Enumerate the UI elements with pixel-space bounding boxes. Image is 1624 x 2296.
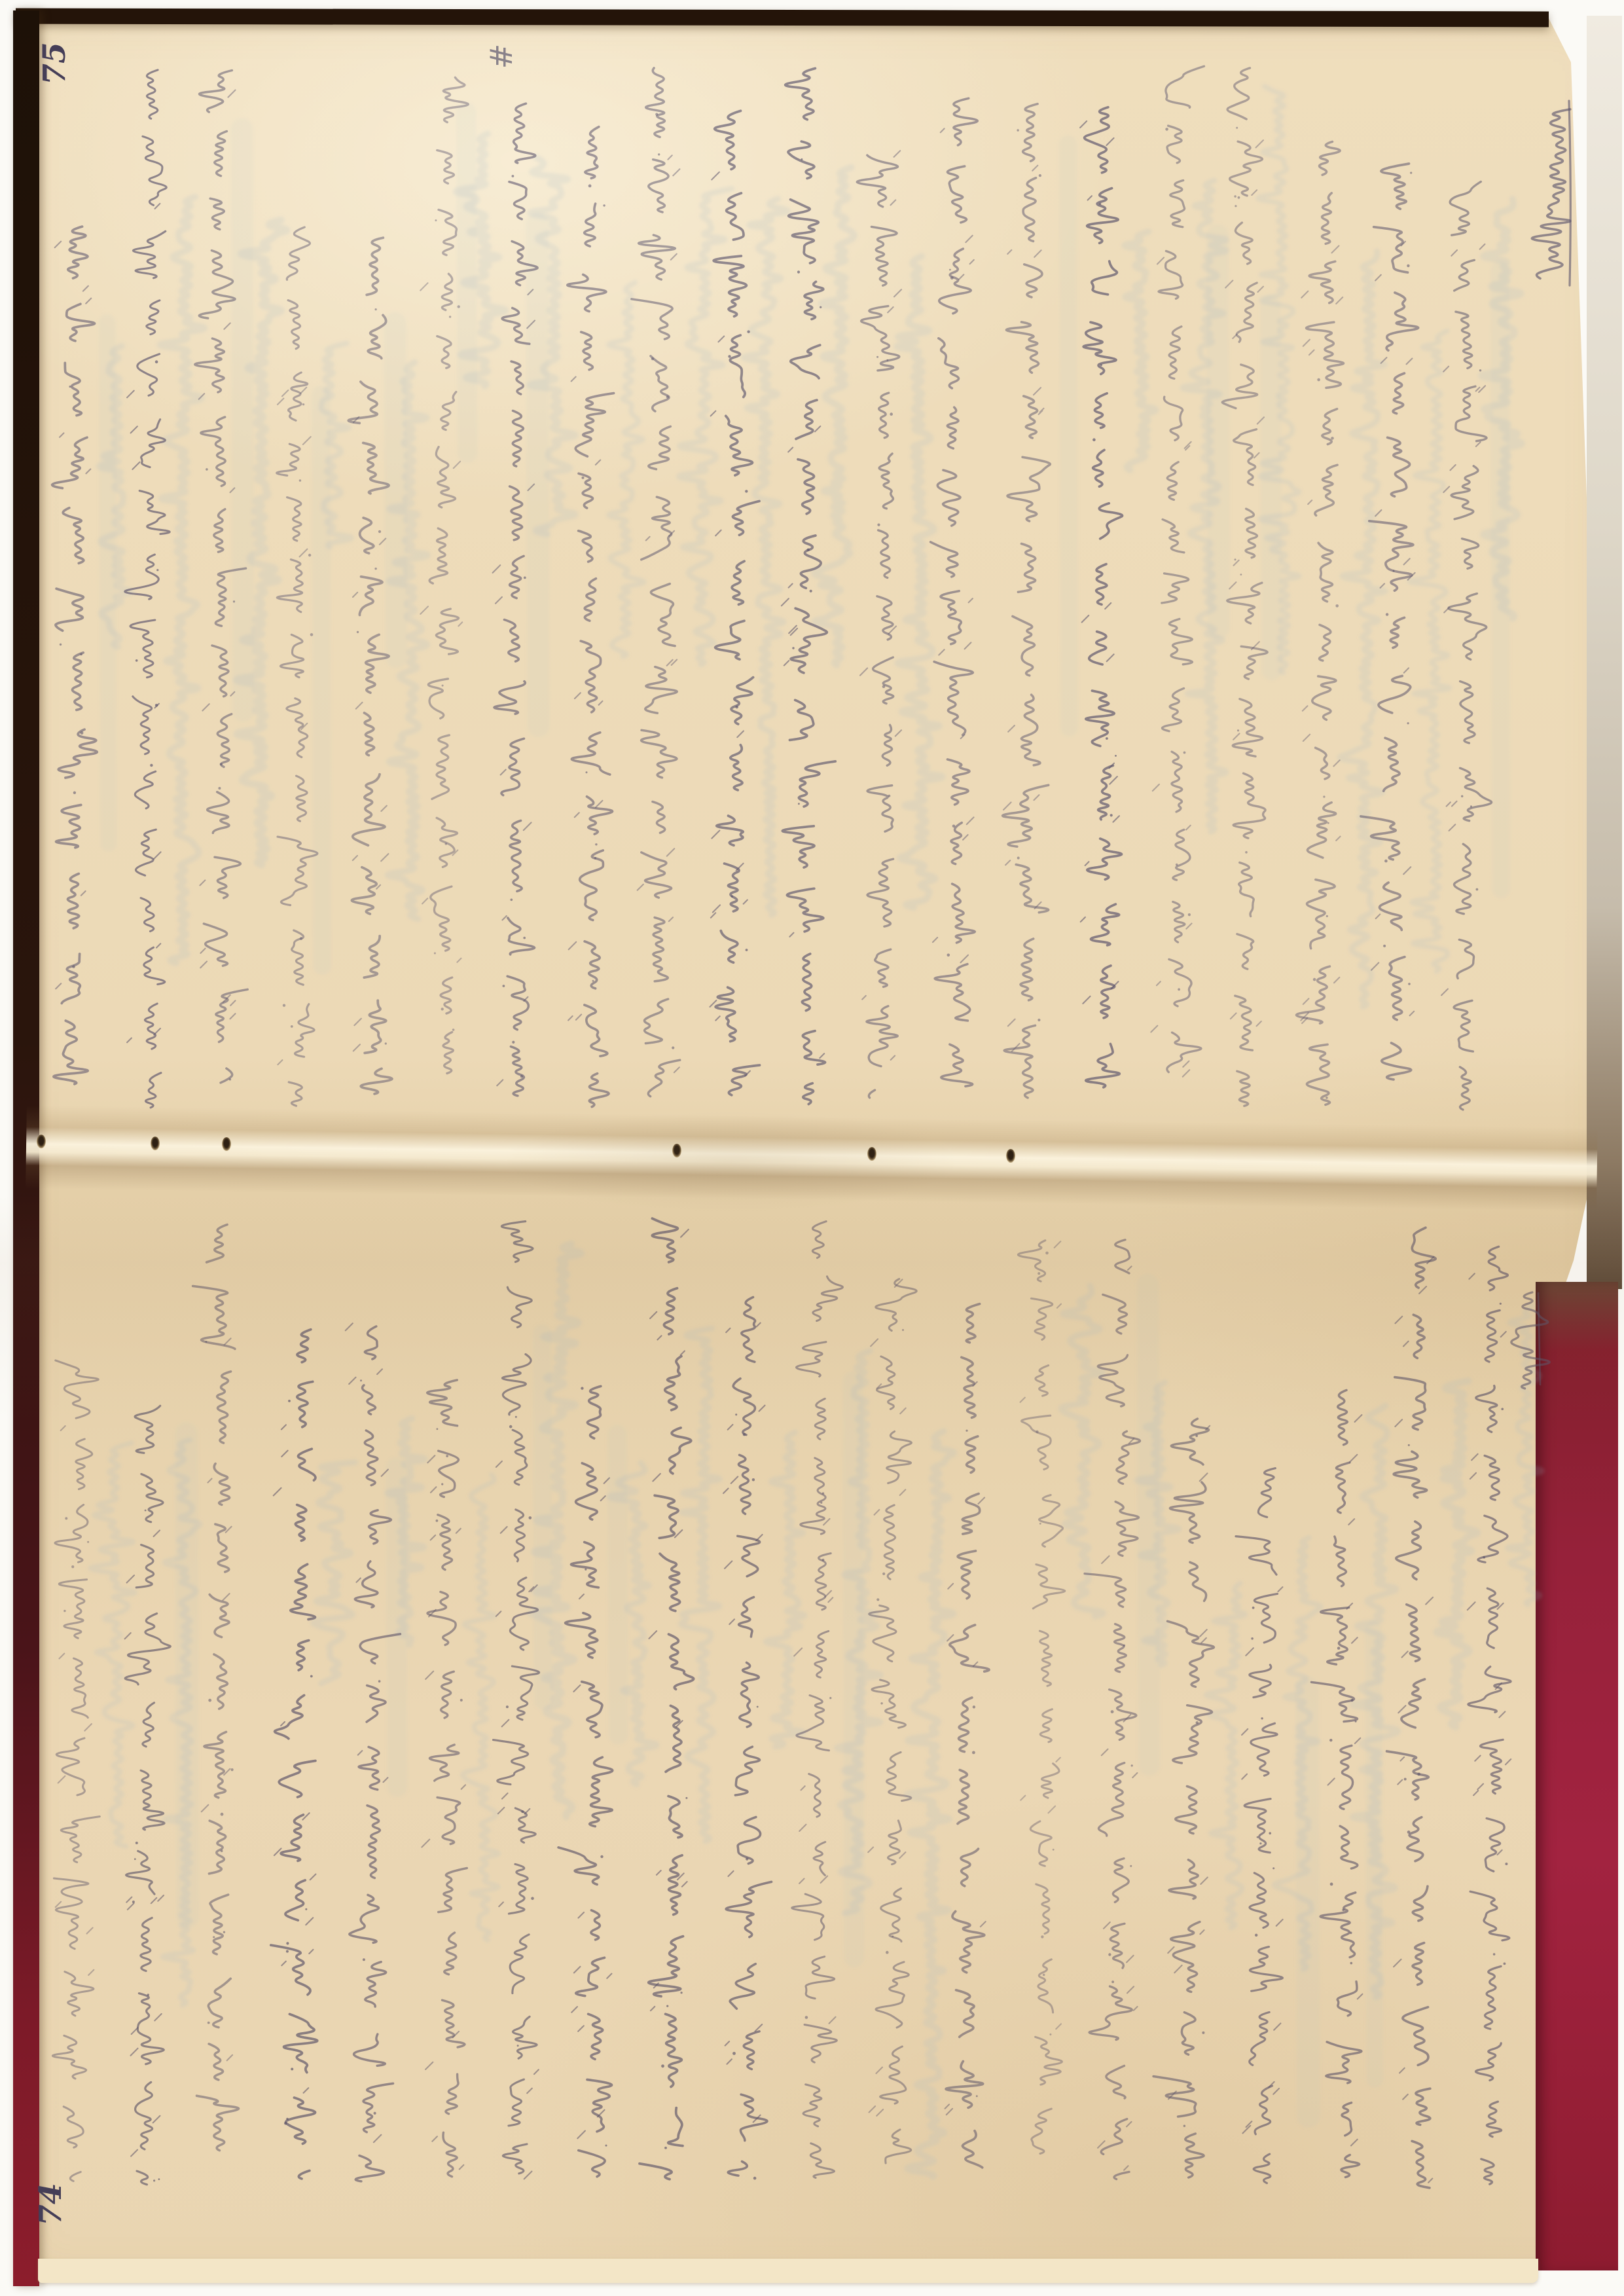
ink-dot	[1329, 1739, 1332, 1741]
ink-dot	[605, 2145, 607, 2147]
ink-dot	[445, 843, 448, 845]
ink-tick-marks	[278, 388, 311, 1065]
ink-dot	[1234, 195, 1236, 197]
ink-dot	[72, 965, 75, 968]
ink-dot	[1111, 1710, 1114, 1713]
ink-dot	[1236, 127, 1238, 129]
ink-dot	[63, 1610, 65, 1612]
ink-dot	[1410, 172, 1412, 173]
handwriting-line	[632, 68, 680, 1097]
ink-dot	[1500, 1303, 1502, 1305]
ink-tick-marks	[1394, 1257, 1434, 2183]
ink-dot	[753, 2177, 757, 2180]
ink-dot	[1178, 988, 1180, 991]
ink-dot	[531, 1897, 534, 1900]
ink-dot	[208, 1699, 211, 1702]
ink-dot	[807, 549, 810, 551]
ink-dot	[1326, 915, 1328, 917]
ink-tick-marks	[422, 1455, 465, 2169]
handwriting-line	[1387, 1228, 1436, 2188]
ink-dot	[452, 1029, 455, 1031]
ink-dot	[1130, 1865, 1132, 1867]
ink-dot	[1092, 438, 1096, 441]
ink-dot	[300, 937, 303, 940]
ink-dot	[1131, 1764, 1133, 1766]
ink-dot	[1335, 604, 1339, 608]
hash-annotation-text: #	[486, 44, 516, 69]
ink-dot	[221, 1850, 223, 1852]
handwriting-line	[1085, 1240, 1140, 2179]
handwriting-line	[1159, 66, 1204, 1072]
ink-dot	[284, 2122, 287, 2125]
ink-dot	[947, 954, 950, 957]
ink-tick-marks	[945, 1382, 986, 2115]
ink-dot	[81, 731, 84, 735]
ink-dot	[1407, 722, 1409, 724]
ink-dot	[1259, 1842, 1261, 1844]
ink-dot	[503, 985, 505, 987]
ink-dot	[1235, 558, 1236, 560]
ink-dot	[1100, 364, 1102, 366]
ink-tick-marks	[496, 1461, 539, 2179]
ink-dot	[1313, 978, 1316, 981]
ink-tick-marks	[1020, 1241, 1061, 2029]
ink-dot	[585, 1569, 586, 1571]
ink-dot	[360, 1379, 362, 1381]
ink-dot	[147, 1994, 149, 1995]
ink-dot	[509, 1425, 513, 1429]
handwriting-line	[869, 1279, 917, 2164]
ink-tick-marks	[346, 1323, 388, 2142]
ink-dot	[155, 360, 158, 363]
ink-dot	[512, 175, 514, 177]
ink-dot	[286, 1950, 289, 1953]
ink-dot	[728, 355, 731, 357]
ink-dot	[229, 1078, 231, 1080]
ink-dot	[1505, 1863, 1507, 1865]
ink-dot	[820, 306, 821, 308]
handwriting-line	[1449, 182, 1492, 1110]
ink-dot	[1245, 851, 1248, 854]
ink-dot	[902, 1329, 904, 1331]
ink-dot	[965, 1430, 967, 1432]
handwriting-line	[494, 1222, 539, 2174]
handwriting-line	[52, 227, 98, 1084]
handwriting-line	[558, 1386, 613, 2176]
ink-dot	[1323, 795, 1325, 797]
ink-dot	[1337, 1647, 1341, 1650]
page-number-top: 75	[31, 41, 77, 86]
handwriting-line	[195, 71, 247, 1083]
page-number-top-text: 75	[39, 42, 70, 84]
ink-dot	[581, 1387, 583, 1389]
handwriting-line	[568, 127, 614, 1107]
ink-dot	[805, 2016, 808, 2019]
ink-dot	[1384, 860, 1388, 863]
handwriting-line	[857, 155, 899, 1098]
ink-dot	[972, 1751, 975, 1755]
ink-dot	[449, 316, 451, 318]
handwriting-line	[193, 1225, 239, 2151]
ink-dot	[442, 685, 444, 687]
ink-tick-marks	[868, 1279, 906, 2116]
ink-dot	[511, 899, 513, 902]
ink-dot	[666, 395, 669, 398]
ink-dot	[892, 1935, 893, 1937]
ink-dot	[286, 2118, 289, 2121]
ink-tick-marks	[794, 1519, 835, 2024]
page-number-bottom: 74	[27, 2181, 73, 2227]
ink-dot	[887, 359, 889, 361]
ink-dot	[1038, 1019, 1040, 1021]
handwriting-line	[1468, 1247, 1511, 2184]
ink-dot	[308, 554, 311, 556]
ink-dot	[134, 1858, 136, 1860]
ink-dot	[1342, 1908, 1344, 1911]
handwriting-line	[427, 1380, 467, 2177]
ink-dot	[135, 1842, 138, 1844]
ink-dot	[890, 412, 893, 416]
ink-tick-marks	[649, 1230, 689, 2011]
ink-dot	[288, 1400, 291, 1402]
signature-underlined	[1532, 101, 1570, 285]
ink-dot	[213, 1936, 215, 1938]
ink-dot	[797, 270, 800, 273]
ink-dot	[286, 1942, 289, 1944]
ink-tick-marks	[1003, 166, 1043, 1051]
ink-dot	[1393, 570, 1395, 572]
handwriting-line	[1083, 107, 1122, 1087]
ink-dot	[1053, 1849, 1055, 1851]
ink-dot	[1407, 264, 1409, 267]
ink-dot	[155, 704, 158, 707]
ink-dot	[950, 609, 952, 611]
handwriting-line	[1312, 1390, 1362, 2177]
handwriting-line	[125, 1406, 170, 2185]
ink-dot	[1479, 369, 1481, 371]
handwriting-page-75	[52, 66, 1492, 1110]
ink-dot	[1110, 814, 1113, 816]
ink-dot	[1017, 857, 1020, 860]
ink-dot	[1252, 1607, 1255, 1609]
signature-flourish	[1532, 109, 1570, 278]
ink-dot	[1039, 1523, 1041, 1525]
ink-dot	[87, 1541, 89, 1543]
ink-dot	[299, 479, 301, 481]
ink-dot	[1408, 983, 1411, 985]
ink-dot	[1493, 1953, 1496, 1956]
ink-dot	[655, 113, 658, 116]
handwriting-line	[792, 1222, 843, 2178]
ink-dot	[208, 2022, 210, 2024]
ink-dot	[233, 600, 235, 602]
ink-dot	[1038, 1272, 1040, 1275]
ink-dot	[1235, 205, 1236, 207]
ink-dot	[283, 1004, 285, 1007]
ink-dot	[458, 305, 460, 308]
ink-dot	[437, 1428, 439, 1430]
ink-dot	[1501, 1408, 1504, 1410]
ink-dot	[291, 1025, 293, 1028]
ink-tick-marks	[125, 1531, 164, 2157]
ink-dot	[1386, 613, 1388, 615]
signature-underline	[1569, 101, 1570, 285]
ink-dot	[156, 569, 158, 571]
ink-dot	[302, 403, 304, 405]
ink-dot	[524, 577, 526, 579]
ink-dot	[952, 825, 956, 828]
handwriting-line	[277, 227, 317, 1106]
ink-dot	[801, 158, 803, 160]
ink-dot	[651, 357, 654, 360]
ink-dot	[153, 2179, 155, 2181]
ink-dot	[588, 185, 592, 188]
ink-dot	[1043, 1974, 1045, 1977]
ink-dot	[1183, 2125, 1185, 2127]
handwriting-line	[125, 70, 170, 1108]
ink-dot	[385, 1042, 387, 1044]
handwriting-line	[640, 1218, 694, 2179]
ink-dot	[973, 1705, 975, 1708]
ink-tick-marks	[353, 417, 389, 1051]
ink-dot	[877, 524, 880, 526]
ink-dot	[1237, 729, 1239, 731]
page-number-bottom-text: 74	[35, 2183, 66, 2225]
ink-dot	[829, 1697, 831, 1699]
scanned-letter-spread: 75 74 #	[0, 0, 1624, 2296]
ink-dot	[135, 659, 138, 662]
ink-dot	[310, 1675, 313, 1678]
ink-dot	[434, 953, 436, 955]
ink-dot	[1404, 1778, 1407, 1781]
ink-dot	[1255, 1934, 1257, 1937]
ink-dot	[757, 1706, 759, 1708]
ink-dot	[1196, 1721, 1199, 1724]
ink-dot	[949, 269, 951, 271]
ink-dot	[681, 1992, 683, 1994]
handwriting-line	[52, 1360, 99, 2181]
ink-dot	[882, 1573, 885, 1575]
ink-dot	[291, 2068, 293, 2070]
ink-dot	[1017, 129, 1019, 131]
handwriting-line	[1296, 141, 1343, 1104]
ink-dot	[1165, 128, 1168, 131]
ink-dot	[685, 1797, 687, 1799]
ink-dot	[792, 647, 794, 649]
handwriting-line	[1222, 68, 1267, 1106]
ink-dot	[1269, 1832, 1271, 1834]
ink-dot	[1330, 1883, 1333, 1886]
ink-dot	[672, 1046, 674, 1049]
ink-dot	[880, 1702, 882, 1704]
ink-dot	[1327, 822, 1329, 824]
ink-dot	[441, 1483, 443, 1485]
handwriting-line	[348, 238, 392, 1094]
ink-dot	[446, 1455, 448, 1457]
ink-dot	[220, 763, 223, 765]
ink-dot	[506, 1705, 509, 1708]
ink-dot	[1123, 1645, 1125, 1647]
ink-dot	[1326, 1097, 1328, 1099]
ink-dot	[523, 937, 526, 939]
ink-dot	[378, 1680, 381, 1683]
ink-dot	[374, 2112, 376, 2115]
ink-dot	[1408, 1444, 1410, 1446]
handwriting-line	[1003, 104, 1051, 1098]
ink-dot	[221, 1813, 224, 1816]
ink-dot	[1355, 1721, 1357, 1722]
ink-dot	[1238, 196, 1240, 199]
ink-dot	[1407, 1831, 1411, 1834]
ink-dot	[206, 468, 208, 471]
ink-dot	[666, 2005, 668, 2007]
ink-dot	[595, 843, 597, 845]
ink-dot	[158, 2178, 160, 2180]
ink-tick-marks	[1441, 244, 1485, 995]
ink-dot	[1202, 2032, 1204, 2034]
ink-dot	[521, 1810, 524, 1813]
ink-dot	[1504, 1963, 1506, 1965]
ink-dot	[305, 1908, 307, 1910]
ink-dot	[1417, 1773, 1420, 1776]
catchword-flourish	[1511, 1292, 1549, 1389]
ink-dot	[1272, 1867, 1274, 1869]
ink-dot	[150, 764, 153, 767]
handwriting-line	[1361, 164, 1418, 1080]
ink-tick-marks	[1080, 121, 1119, 1004]
ink-dot	[820, 1502, 822, 1504]
ink-dot	[1176, 864, 1178, 866]
ink-dot	[745, 490, 748, 492]
handwriting-line	[726, 1297, 772, 2176]
ink-dot	[529, 1516, 532, 1520]
ink-dot	[460, 1699, 463, 1702]
handwriting-line	[494, 103, 537, 1096]
ink-dot	[658, 153, 660, 155]
ink-tick-marks	[127, 204, 161, 1042]
ink-dot	[441, 1008, 444, 1010]
ink-dot	[731, 896, 733, 898]
handwriting-page-74	[52, 1218, 1511, 2188]
ink-dot	[1111, 1980, 1114, 1983]
handwriting-line	[271, 1330, 317, 2179]
ink-dot	[876, 356, 878, 358]
ink-dot	[1041, 1935, 1043, 1938]
ink-dot	[882, 685, 886, 688]
handwriting-line	[350, 1326, 401, 2181]
ink-dot	[1188, 913, 1191, 916]
ink-dot	[743, 1433, 746, 1436]
ink-dot	[603, 204, 605, 206]
ink-dot	[60, 644, 62, 646]
ink-dot	[822, 1559, 825, 1561]
ink-dot	[375, 308, 377, 310]
ink-dot	[592, 980, 594, 982]
ink-dot	[876, 1598, 879, 1601]
catchword-stroke	[1511, 1292, 1549, 1389]
ink-tick-marks	[1328, 1415, 1363, 2145]
ink-dot	[582, 477, 585, 479]
ink-tick-marks	[1151, 257, 1191, 1076]
ink-dot	[976, 2095, 978, 2097]
ink-dot	[1045, 1252, 1049, 1255]
ink-dot	[1115, 755, 1117, 757]
ink-dot	[520, 1075, 523, 1078]
ink-dot	[746, 1857, 748, 1860]
handwriting-line	[1018, 1241, 1064, 2154]
ink-dot	[71, 1565, 74, 1568]
ink-dot	[1383, 945, 1386, 947]
ink-dot	[512, 1041, 514, 1044]
ink-tick-marks	[860, 151, 901, 1060]
handwriting-line	[713, 111, 759, 1095]
ink-dot	[206, 1341, 208, 1343]
ink-dot	[586, 771, 588, 773]
ink-tick-marks	[638, 155, 680, 1072]
ink-dot	[218, 787, 221, 790]
ink-dot	[888, 795, 891, 797]
ink-dot	[886, 1951, 889, 1954]
ink-dot	[661, 2064, 664, 2068]
ink-dot	[363, 1958, 365, 1961]
ink-dot	[435, 219, 437, 221]
ink-dot	[223, 1931, 225, 1933]
ink-dot	[145, 1510, 147, 1512]
ink-dot	[1350, 1962, 1353, 1965]
ink-dot	[1183, 752, 1186, 754]
ink-dot	[1039, 174, 1041, 177]
ink-dot	[1483, 1556, 1485, 1559]
ink-dot	[231, 1768, 234, 1771]
ink-dot	[1476, 888, 1479, 891]
ink-dot	[1470, 805, 1472, 807]
hash-annotation: #	[482, 37, 521, 76]
handwriting-layer	[0, 0, 1624, 2296]
ink-dot	[735, 1413, 737, 1415]
handwriting-line	[946, 1304, 989, 2168]
ink-dot	[798, 803, 800, 805]
ink-dot	[810, 590, 812, 592]
ink-dot	[80, 653, 82, 656]
ink-dot	[1049, 2033, 1051, 2035]
ink-dot	[357, 631, 359, 633]
ink-dot	[1257, 1836, 1259, 1838]
ink-dot	[1331, 437, 1334, 440]
ink-dot	[1195, 1434, 1198, 1437]
ink-dot	[517, 2045, 519, 2047]
ink-dot	[1261, 1717, 1263, 1719]
ink-tick-marks	[782, 426, 824, 1058]
ink-dot	[436, 1520, 439, 1522]
ink-dot	[1036, 1430, 1038, 1433]
ink-dot	[378, 530, 381, 533]
ink-dot	[735, 706, 738, 709]
ink-dot	[752, 1478, 755, 1481]
handwriting-line	[1236, 1468, 1282, 2183]
catchword-underline	[1538, 1293, 1540, 1385]
ink-dot	[310, 633, 314, 636]
ink-dot	[374, 568, 376, 570]
ink-dot	[515, 1416, 517, 1418]
ink-dot	[1251, 1637, 1254, 1640]
ink-dot	[747, 331, 749, 333]
ink-dot	[73, 792, 76, 794]
ink-dot	[664, 2147, 667, 2149]
ink-dot	[594, 857, 596, 859]
ink-dot	[600, 1855, 603, 1858]
handwriting-line	[428, 77, 468, 1073]
ink-dot	[65, 1517, 67, 1520]
